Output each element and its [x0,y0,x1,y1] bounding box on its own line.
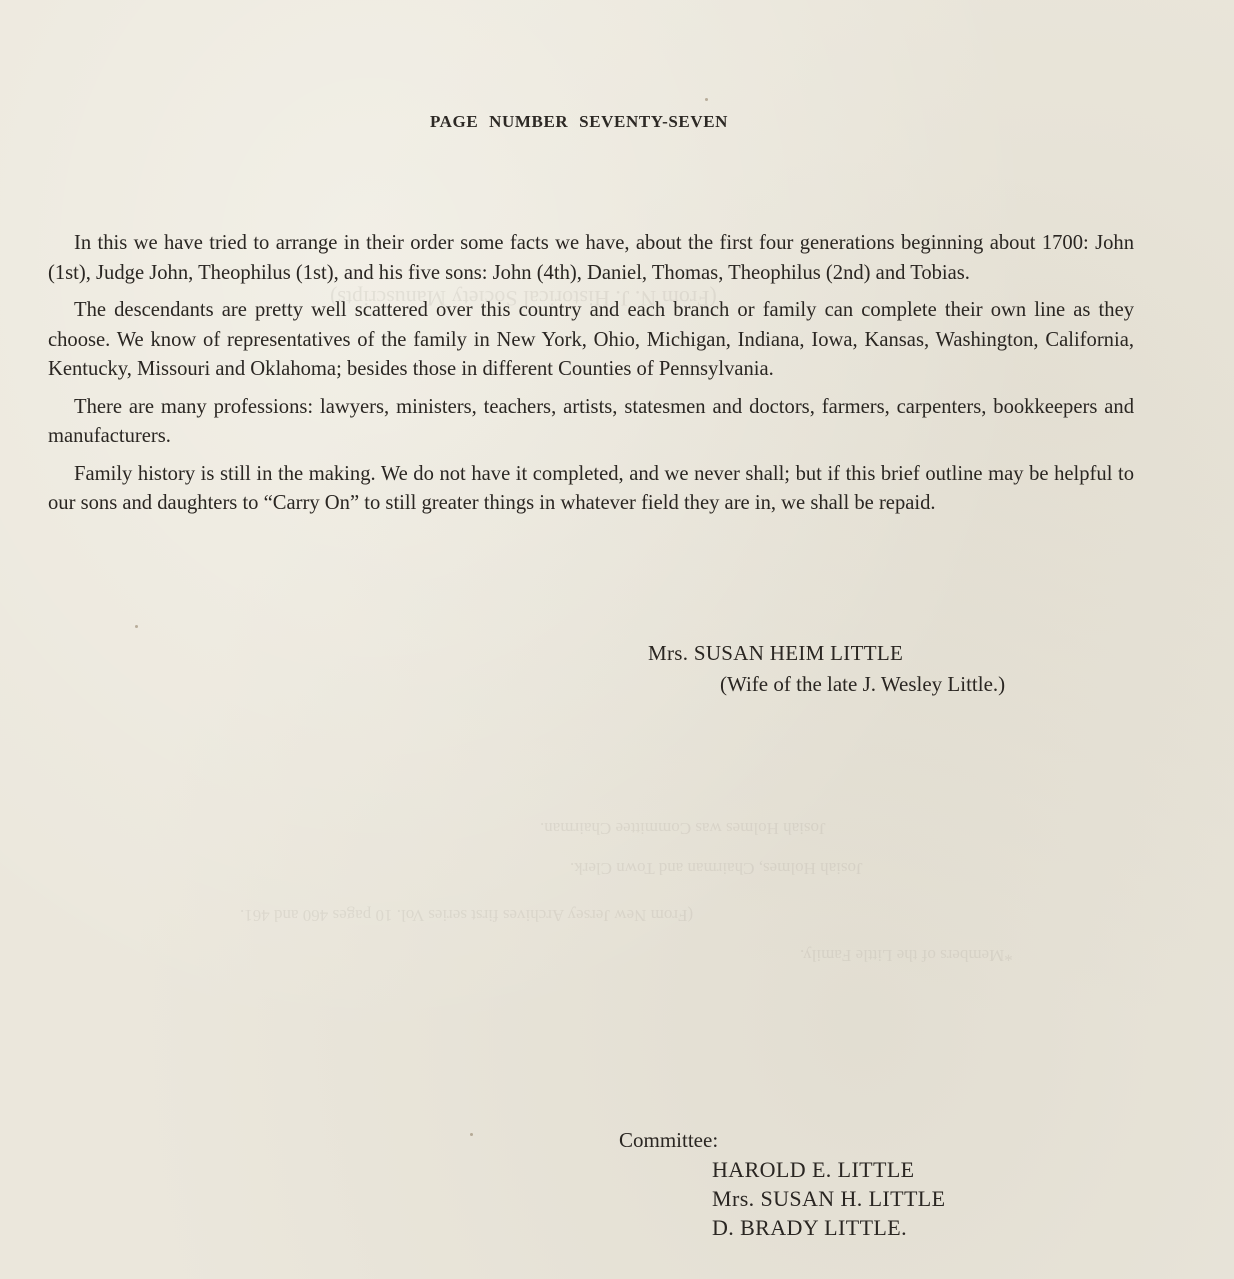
committee-member: HAROLD E. LITTLE [712,1155,946,1184]
bleed-through-line: *Members of the Little Family. [800,945,1013,965]
paper-speck [135,625,138,628]
paragraph-descendants: The descendants are pretty well scattere… [48,296,1134,385]
paragraph-generations: In this we have tried to arrange in thei… [48,229,1134,288]
bleed-through-line: Josiah Holmes, Chairman and Town Clerk. [570,858,863,878]
committee-member: D. BRADY LITTLE. [712,1213,946,1242]
body-text: In this we have tried to arrange in thei… [48,229,1134,527]
committee-member: Mrs. SUSAN H. LITTLE [712,1184,946,1213]
page-number-heading: PAGE NUMBER SEVENTY-SEVEN [0,112,1158,132]
paper-speck [470,1133,473,1136]
committee-members: HAROLD E. LITTLE Mrs. SUSAN H. LITTLE D.… [712,1155,946,1242]
committee-label: Committee: [619,1128,718,1153]
paragraph-professions: There are many professions: lawyers, min… [48,393,1134,452]
bleed-through-line: (From New Jersey Archives first series V… [240,905,693,925]
bleed-through-line: Josiah Holmes was Committee Chairman. [540,818,826,838]
signature-note: (Wife of the late J. Wesley Little.) [720,672,1005,697]
signature-name: Mrs. SUSAN HEIM LITTLE [648,641,903,666]
document-page: (From N. J. Historical Society Manuscrip… [0,0,1234,1279]
paper-speck [705,98,708,101]
paragraph-family-history: Family history is still in the making. W… [48,460,1134,519]
